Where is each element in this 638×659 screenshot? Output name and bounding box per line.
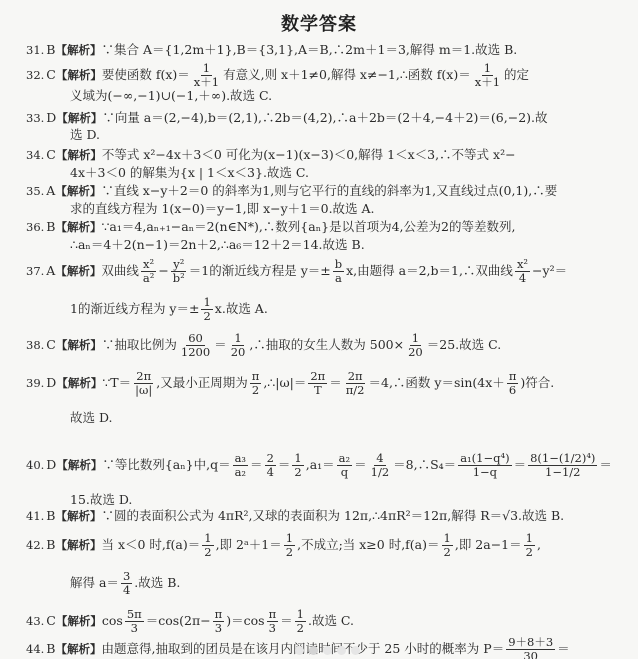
answer-40-cont: 15.故选 D. xyxy=(70,492,132,508)
fraction: 34 xyxy=(121,570,132,597)
page-dot[interactable] xyxy=(351,646,360,655)
fraction: 5π3 xyxy=(125,608,144,635)
fraction: 24 xyxy=(265,452,276,479)
fraction: 120 xyxy=(229,332,248,359)
answer-38: 38.C【解析】∵抽取比例为601200＝120,∴抽取的女生人数为 500×1… xyxy=(26,332,501,359)
fraction: 12 xyxy=(524,532,535,559)
fraction: 12 xyxy=(442,532,453,559)
fraction: 12 xyxy=(292,452,303,479)
answer-32-cont: 义域为(−∞,−1)∪(−1,＋∞).故选 C. xyxy=(70,88,272,104)
fraction: π2 xyxy=(250,370,262,397)
fraction: 8(1−(1/2)⁴)1−1/2 xyxy=(528,452,597,479)
fraction: 1x＋1 xyxy=(192,62,221,89)
fraction: 12 xyxy=(295,608,306,635)
answer-35: 35.A【解析】∵直线 x−y＋2＝0 的斜率为1,则与它平行的直线的斜率为1,… xyxy=(26,183,557,199)
answer-33: 33.D【解析】∵向量 a＝(2,−4),b＝(2,1),∴2b＝(4,2),∴… xyxy=(26,110,548,126)
fraction: 41/2 xyxy=(369,452,392,479)
answer-31: 31.B【解析】∵集合 A＝{1,2m＋1},B＝{3,1},A＝B,∴2m＋1… xyxy=(26,42,517,58)
answer-32: 32.C【解析】要使函数 f(x)＝1x＋1有意义,则 x＋1≠0,解得 x≠−… xyxy=(26,62,529,89)
page-title: 数学答案 xyxy=(0,10,638,36)
answer-42-cont: 解得 a＝34.故选 B. xyxy=(70,570,180,597)
fraction: a₁(1−q⁴)1−q xyxy=(458,452,511,479)
answer-33-cont: 选 D. xyxy=(70,127,100,143)
fraction: 12 xyxy=(201,296,212,323)
answer-40: 40.D【解析】∵等比数列{aₙ}中,q＝a₃a₂＝24＝12,a₁＝a₂q＝4… xyxy=(26,452,612,479)
page-dot-active[interactable] xyxy=(309,646,318,655)
fraction: 1x＋1 xyxy=(473,62,502,89)
fraction: x²a² xyxy=(141,258,156,285)
fraction: π3 xyxy=(267,608,279,635)
answer-39-cont: 故选 D. xyxy=(70,410,113,426)
page-dot[interactable] xyxy=(337,646,346,655)
document-page: 数学答案 31.B【解析】∵集合 A＝{1,2m＋1},B＝{3,1},A＝B,… xyxy=(0,0,638,659)
fraction: 601200 xyxy=(179,332,212,359)
answer-42: 42.B【解析】当 x＜0 时,f(a)＝12,即 2ᵃ＋1＝12,不成立;当 … xyxy=(26,532,541,559)
fraction: y²b² xyxy=(171,258,187,285)
answer-35-cont: 求的直线方程为 1(x−0)＝y−1,即 x−y＋1＝0.故选 A. xyxy=(70,201,375,217)
fraction: 2π|ω| xyxy=(133,370,154,397)
fraction: a₃a₂ xyxy=(233,452,248,479)
answer-39: 39.D【解析】∵T＝2π|ω|,又最小正周期为π2,∴|ω|＝2πT＝2ππ/… xyxy=(26,370,554,397)
fraction: π3 xyxy=(213,608,225,635)
fraction: ba xyxy=(333,258,344,285)
fraction: a₂q xyxy=(337,452,352,479)
fraction: x²4 xyxy=(515,258,530,285)
page-indicator[interactable] xyxy=(295,646,360,655)
fraction: 9＋8＋330 xyxy=(506,636,555,659)
answer-34: 34.C【解析】不等式 x²−4x＋3＜0 可化为(x−1)(x−3)＜0,解得… xyxy=(26,147,516,163)
answer-43: 43.C【解析】cos5π3＝cos(2π−π3)＝cosπ3＝12.故选 C. xyxy=(26,608,354,635)
fraction: 120 xyxy=(406,332,425,359)
answer-41: 41.B【解析】∵圆的表面积公式为 4πR²,又球的表面积为 12π,∴4πR²… xyxy=(26,508,564,524)
fraction: 2πT xyxy=(308,370,327,397)
fraction: 12 xyxy=(202,532,213,559)
answer-36-cont: ∴aₙ＝4＋2(n−1)＝2n＋2,∴a₆＝12＋2＝14.故选 B. xyxy=(70,237,365,253)
fraction: 2ππ/2 xyxy=(344,370,367,397)
answer-36: 36.B【解析】∵a₁＝4,aₙ₊₁−aₙ＝2(n∈N*),∴数列{aₙ}是以首… xyxy=(26,219,515,235)
fraction: 12 xyxy=(284,532,295,559)
answer-34-cont: 4x＋3＜0 的解集为{x | 1＜x＜3}.故选 C. xyxy=(70,165,309,181)
answer-37: 37.A【解析】双曲线x²a²−y²b²＝1的渐近线方程是 y＝±bax,由题得… xyxy=(26,258,567,285)
page-dot[interactable] xyxy=(295,646,304,655)
page-dot[interactable] xyxy=(323,646,332,655)
fraction: π6 xyxy=(507,370,519,397)
answer-37-cont: 1的渐近线方程为 y＝±12x.故选 A. xyxy=(70,296,268,323)
